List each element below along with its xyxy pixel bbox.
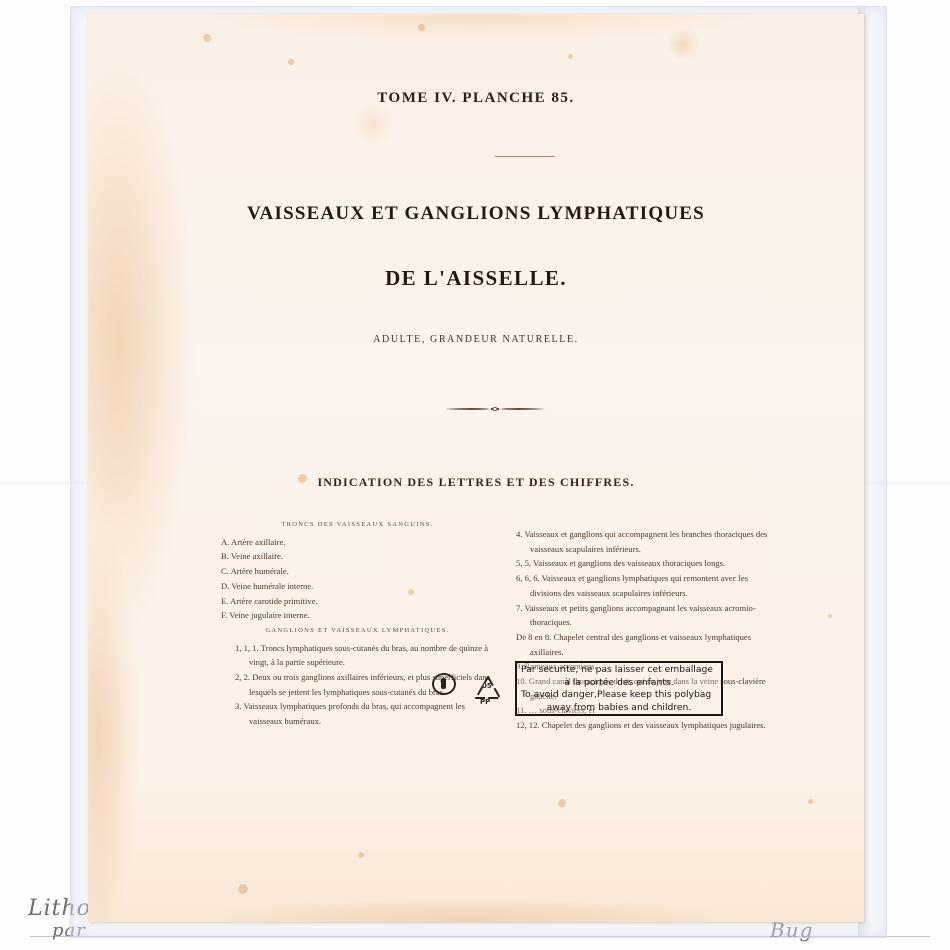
document-page: TOME IV. PLANCHE 85. VAISSEAUX ET GANGLI… — [88, 14, 864, 922]
legend-key: C. — [221, 566, 229, 576]
legend-entry: De 8 en 8. Chapelet central des ganglion… — [506, 630, 776, 659]
legend-key: 3. — [235, 701, 241, 711]
foxing-spot — [828, 614, 832, 618]
legend-text: Artère axillaire. — [231, 537, 285, 547]
legend-text: Artère humérale. — [231, 566, 289, 576]
legend-key: A. — [221, 537, 229, 547]
recycle-material: PP — [480, 698, 490, 706]
legend-key: De 8 en 8. — [516, 632, 551, 642]
legend-entry: 12, 12. Chapelet des ganglions et des va… — [506, 718, 776, 733]
foxing-spot — [288, 59, 294, 65]
subtitle: ADULTE, GRANDEUR NATURELLE. — [88, 334, 864, 345]
legend-entry: A. Artère axillaire. — [225, 535, 490, 550]
legend-key: 5, 5. — [516, 558, 531, 568]
heading-lymphatics: GANGLIONS ET VAISSEAUX LYMPHATIQUES. — [225, 624, 490, 639]
warning-fr-line-2: à la portée des enfants. — [517, 677, 721, 690]
title-line-1: VAISSEAUX ET GANGLIONS LYMPHATIQUES — [88, 203, 864, 225]
legend-entry: D. Veine humérale interne. — [225, 579, 490, 594]
legend-entry: C. Artère humérale. — [225, 564, 490, 579]
legend-key: F. — [221, 610, 227, 620]
legend-entry: 6, 6, 6. Vaisseaux et ganglions lymphati… — [506, 571, 776, 600]
legend-entry: 1, 1, 1. Troncs lymphatiques sous-cutané… — [225, 641, 490, 670]
legend-text: Vaisseaux et ganglions qui accompagnent … — [524, 529, 767, 554]
legend-text: Veine jugulaire interne. — [229, 610, 309, 620]
foxing-spot — [418, 24, 425, 31]
legend-text: Vaisseaux lymphatiques profonds du bras,… — [243, 701, 464, 726]
handwriting-line — [30, 936, 930, 950]
recycle-code: 05 — [482, 682, 492, 690]
legend-entry: 5, 5. Vaisseaux et ganglions des vaissea… — [506, 556, 776, 571]
legend-key: 7. — [516, 603, 522, 613]
foxing-spot — [203, 34, 211, 42]
legend-text: Chapelet des ganglions et des vaisseaux … — [542, 720, 766, 730]
ornament-divider-icon — [445, 404, 545, 414]
tidyman-recycle-icon — [432, 673, 456, 695]
warning-en-line-2: away from babies and children. — [517, 702, 721, 715]
foxing-spot — [358, 852, 364, 858]
legend-key: 1, 1, 1. — [235, 643, 259, 653]
foxing-spot — [558, 799, 566, 807]
heading-blood-vessels: TRONCS DES VAISSEAUX SANGUINS. — [225, 518, 490, 533]
legend-key: 6, 6, 6. — [516, 573, 540, 583]
legend-key: D. — [221, 581, 229, 591]
section-heading: INDICATION DES LETTRES ET DES CHIFFRES. — [88, 475, 864, 490]
legend-text: Chapelet central des ganglions et vaisse… — [530, 632, 751, 657]
legend-text: Veine humérale interne. — [231, 581, 313, 591]
legend-entry: 3. Vaisseaux lymphatiques profonds du br… — [225, 699, 490, 728]
polybag-warning-label: Par securite, ne pas laisser cet emballa… — [515, 661, 723, 716]
legend-text: Vaisseaux et ganglions des vaisseaux tho… — [533, 558, 725, 568]
warning-fr-line-1: Par securite, ne pas laisser cet emballa… — [517, 664, 721, 677]
blood-vessel-list: A. Artère axillaire.B. Veine axillaire.C… — [225, 535, 490, 623]
foxing-spot — [808, 799, 813, 804]
legend-key: 4. — [516, 529, 522, 539]
foxing-spot — [568, 54, 573, 59]
foxing-spot — [238, 884, 248, 894]
legend-entry: B. Veine axillaire. — [225, 549, 490, 564]
legend-text: Vaisseaux et ganglions lymphatiques qui … — [530, 573, 748, 598]
divider-rule — [495, 156, 555, 157]
legend-key: 12, 12. — [516, 720, 540, 730]
legend-left-column: TRONCS DES VAISSEAUX SANGUINS. A. Artère… — [225, 518, 490, 729]
legend-key: B. — [221, 551, 229, 561]
legend-entry: E. Artère carotide primitive. — [225, 594, 490, 609]
plate-number: TOME IV. PLANCHE 85. — [88, 90, 864, 107]
legend-key: E. — [221, 596, 228, 606]
legend-text: Troncs lymphatiques sous-cutanés du bras… — [249, 643, 488, 668]
title-line-2: DE L'AISSELLE. — [88, 266, 864, 291]
legend-entry: 4. Vaisseaux et ganglions qui accompagne… — [506, 527, 776, 556]
warning-en-line-1: To avoid danger,Please keep this polybag — [517, 689, 721, 702]
legend-text: Vaisseaux et petits ganglions accompagna… — [524, 603, 755, 628]
legend-entry: F. Veine jugulaire interne. — [225, 608, 490, 623]
legend-text: Artère carotide primitive. — [230, 596, 318, 606]
legend-key: 2, 2. — [235, 672, 250, 682]
legend-text: Veine axillaire. — [231, 551, 283, 561]
legend-entry: 7. Vaisseaux et petits ganglions accompa… — [506, 601, 776, 630]
